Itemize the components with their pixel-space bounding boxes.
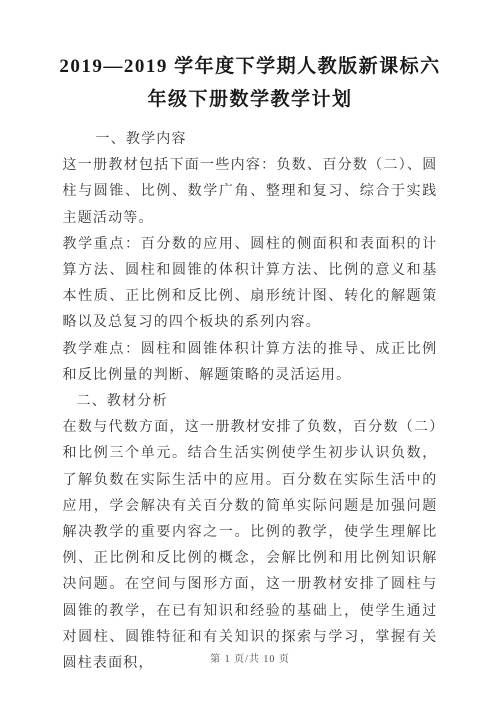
- paragraph-material-analysis: 在数与代数方面，这一册教材安排了负数，百分数（二）和比例三个单元。结合生活实例使…: [63, 415, 438, 677]
- section-heading-teaching-content: 一、教学内容: [63, 127, 438, 153]
- document-title-line-1: 2019—2019 学年度下学期人教版新课标六: [38, 50, 462, 83]
- page-number-footer: 第 1 页/共 10 页: [0, 650, 500, 665]
- document-title-line-2: 年级下册数学教学计划: [38, 83, 462, 116]
- paragraph-teaching-key-points: 教学重点：百分数的应用、圆柱的侧面积和表面积的计算方法、圆柱和圆锥的体积计算方法…: [63, 232, 438, 337]
- section-heading-material-analysis: 二、教材分析: [63, 389, 438, 415]
- paragraph-teaching-content: 这一册教材包括下面一些内容：负数、百分数（二）、圆柱与圆锥、比例、数学广角、整理…: [63, 153, 438, 232]
- document-body: 一、教学内容 这一册教材包括下面一些内容：负数、百分数（二）、圆柱与圆锥、比例、…: [63, 127, 438, 677]
- document-title: 2019—2019 学年度下学期人教版新课标六 年级下册数学教学计划: [38, 50, 462, 116]
- paragraph-teaching-difficulties: 教学难点：圆柱和圆锥体积计算方法的推导、成正比例和反比例量的判断、解题策略的灵活…: [63, 337, 438, 389]
- document-page: 2019—2019 学年度下学期人教版新课标六 年级下册数学教学计划 一、教学内…: [0, 0, 500, 707]
